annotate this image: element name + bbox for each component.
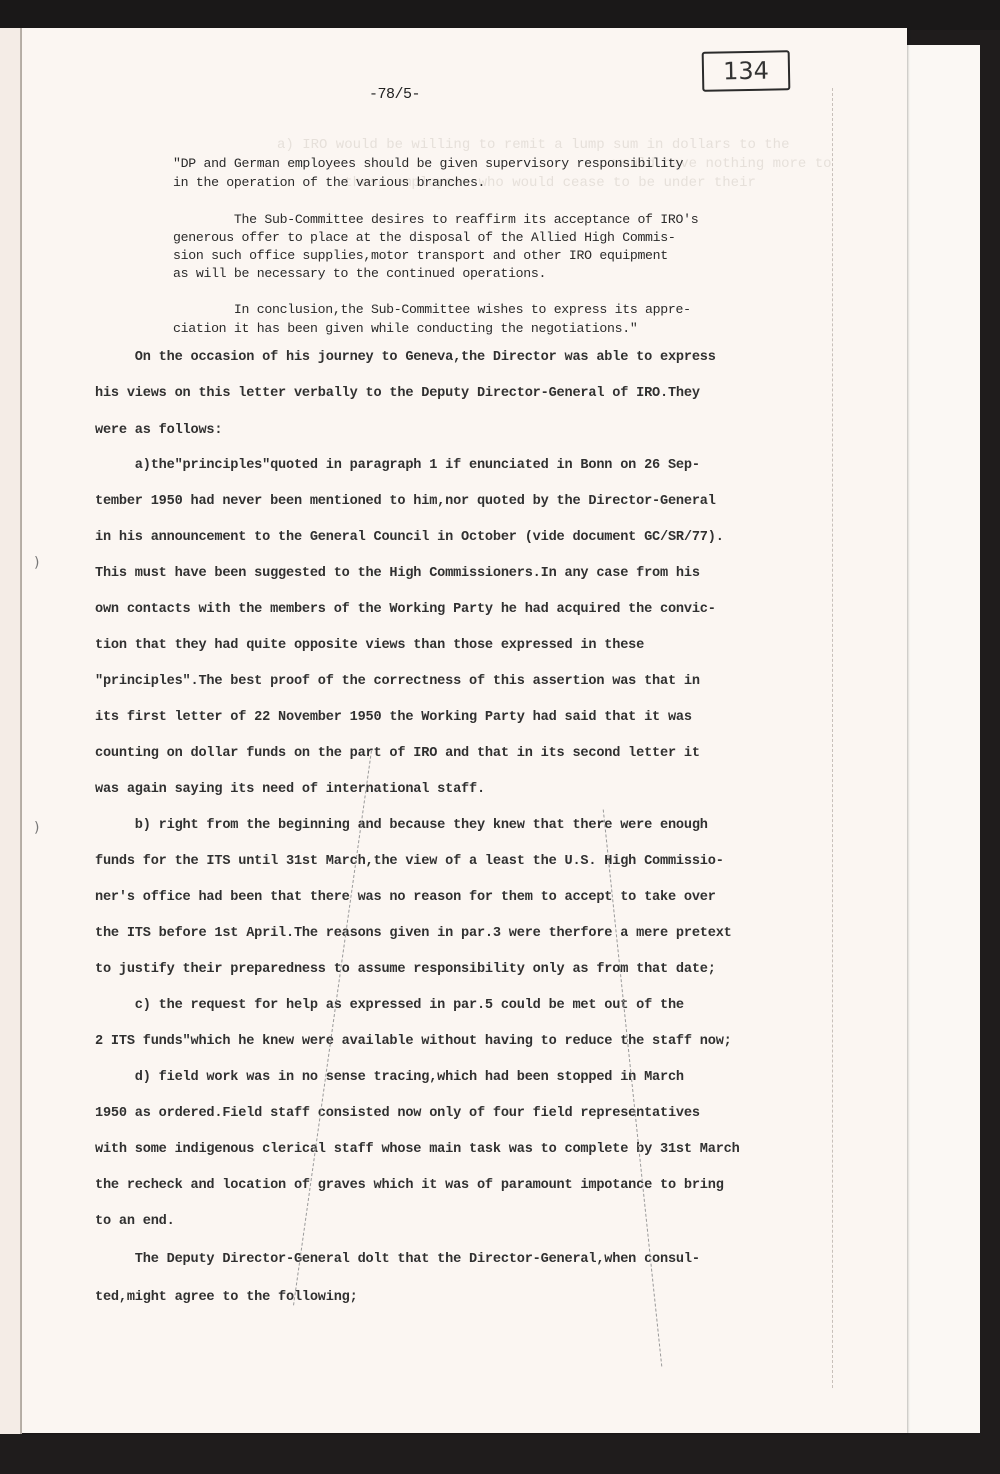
bleed-through-line: a) IRO would be willing to remit a lump … [277,136,789,155]
scan-artifact-line [293,751,372,1306]
quoted-line: sion such office supplies,motor transpor… [173,246,668,265]
body-line: were as follows: [95,423,222,438]
binding-mark: ) [34,820,39,836]
body-line: 1950 as ordered.Field staff consisted no… [95,1106,700,1121]
quoted-line: generous offer to place at the disposal … [173,228,676,247]
body-line: b) right from the beginning and because … [95,818,708,833]
body-line: c) the request for help as expressed in … [95,998,684,1013]
body-line: This must have been suggested to the Hig… [95,566,700,581]
quoted-line: as will be necessary to the continued op… [173,264,546,283]
body-line: counting on dollar funds on the part of … [95,746,700,761]
folio-number: 134 [723,57,769,86]
body-line: his views on this letter verbally to the… [95,386,700,401]
body-line: "principles".The best proof of the corre… [95,674,700,689]
scan-artifact-line [832,88,833,1388]
quoted-line: The Sub-Committee desires to reaffirm it… [173,210,698,229]
body-line: tion that they had quite opposite views … [95,638,644,653]
binding-mark: ) [34,555,39,571]
body-line: to an end. [95,1214,175,1229]
quoted-line: "DP and German employees should be given… [173,154,683,173]
adjacent-page-edge [0,28,22,1434]
quoted-line: In conclusion,the Sub-Committee wishes t… [173,300,691,319]
body-line: own contacts with the members of the Wor… [95,602,716,617]
body-line: was again saying its need of internation… [95,782,485,797]
document-page: a) IRO would be willing to remit a lump … [22,28,907,1433]
body-line: with some indigenous clerical staff whos… [95,1142,740,1157]
body-line: its first letter of 22 November 1950 the… [95,710,692,725]
page-label: -78/5- [369,86,420,103]
body-line: tember 1950 had never been mentioned to … [95,494,716,509]
body-line: ted,might agree to the following; [95,1290,358,1305]
body-line: d) field work was in no sense tracing,wh… [95,1070,684,1085]
quoted-line: in the operation of the various branches… [173,173,485,192]
body-line: 2 ITS funds"which he knew were available… [95,1034,732,1049]
quoted-line: ciation it has been given while conducti… [173,319,637,338]
body-line: the ITS before 1st April.The reasons giv… [95,926,732,941]
body-line: in his announcement to the General Counc… [95,530,724,545]
body-line: On the occasion of his journey to Geneva… [95,350,716,365]
body-line: a)the"principles"quoted in paragraph 1 i… [95,458,700,473]
body-line: ner's office had been that there was no … [95,890,716,905]
body-line: funds for the ITS until 31st March,the v… [95,854,724,869]
scan-background [0,0,1000,30]
body-line: to justify their preparedness to assume … [95,962,716,977]
folio-stamp: 134 [702,50,791,92]
body-line: the recheck and location of graves which… [95,1178,724,1193]
body-line: The Deputy Director-General dolt that th… [95,1252,700,1267]
